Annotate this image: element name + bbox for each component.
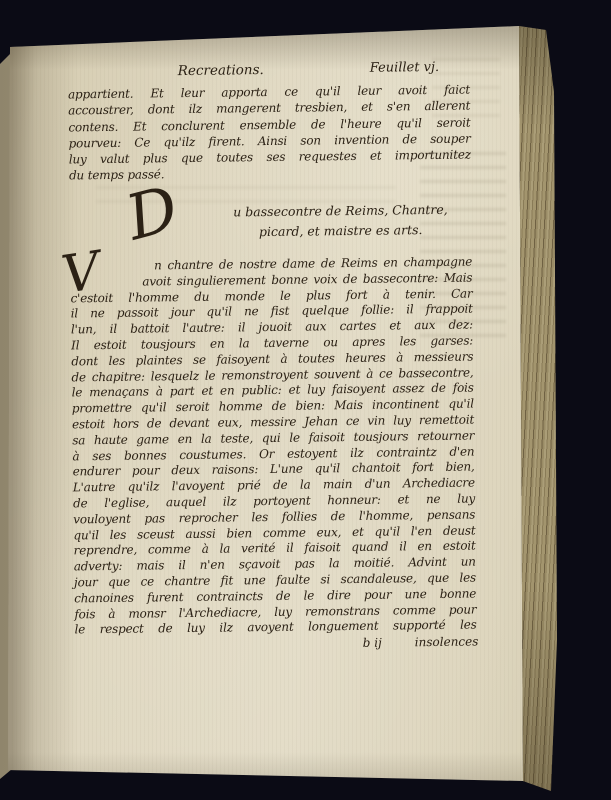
text-line: u bassecontre de Reims, Chantre, [229, 200, 451, 223]
swash-initial-d: D [121, 178, 184, 249]
catchword: insolences [415, 634, 479, 649]
page-footer: b ij insolences [75, 634, 477, 657]
running-title: Recreations. [178, 62, 264, 79]
page-header: Recreations. Feuillet vj. [68, 60, 470, 83]
folio-number: Feuillet vj. [370, 60, 440, 76]
text-line: picard, et maistre es arts. [230, 220, 452, 243]
printed-text-block: Recreations. Feuillet vj. appartient. Et… [67, 0, 479, 800]
section-heading: u bassecontre de Reims, Chantre,picard, … [229, 200, 451, 243]
body-paragraph: n chantre de nostre dame de Reims en cha… [70, 255, 477, 639]
closing-paragraph: appartient. Et leur apporta ce qu'il leu… [68, 82, 471, 185]
signature-mark: b ij [363, 636, 382, 650]
